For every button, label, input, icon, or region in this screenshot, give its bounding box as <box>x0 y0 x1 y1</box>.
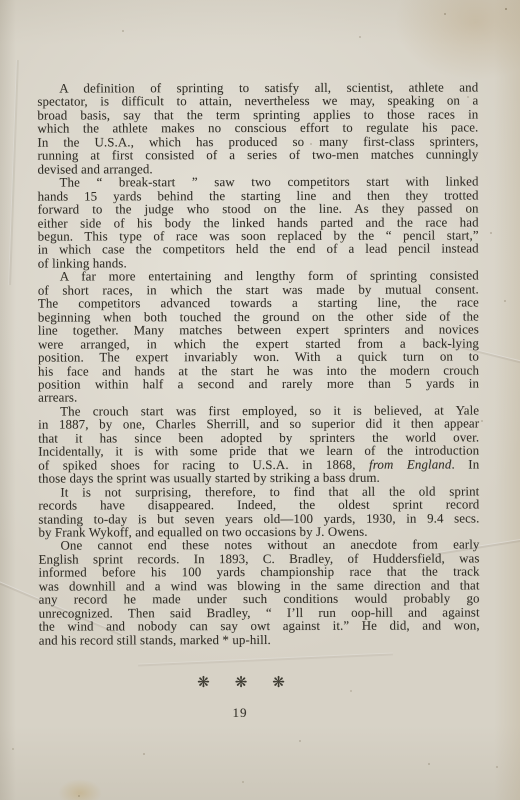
flower-icon: ❋ <box>235 673 248 691</box>
page-number: 19 <box>0 705 480 721</box>
paragraph: It is not surprising, therefore, to find… <box>38 485 479 540</box>
page-text: A definition of sprinting to satisfy all… <box>37 81 479 647</box>
text-line: position within half a second and rarely… <box>38 377 479 392</box>
book-page-photo: A definition of sprinting to satisfy all… <box>0 0 520 800</box>
text-line: and his record still stands, marked * up… <box>39 633 480 648</box>
paragraph: A far more entertaining and lengthy form… <box>38 270 479 406</box>
paper-specks <box>0 0 2 2</box>
flower-icon: ❋ <box>272 673 285 691</box>
ornament-divider: ❋ ❋ ❋ <box>0 673 482 691</box>
paragraph: A definition of sprinting to satisfy all… <box>37 81 478 176</box>
paper-stain <box>58 779 102 800</box>
text-line: running at first consisted of a series o… <box>37 149 478 164</box>
flower-icon: ❋ <box>197 673 210 691</box>
paper-stain <box>395 0 520 80</box>
paragraph: The crouch start was first employed, so … <box>38 404 479 486</box>
paragraph: One cannot end these notes without an an… <box>38 539 479 648</box>
paper-crease <box>8 60 19 285</box>
paper-crease <box>138 652 393 666</box>
paragraph: The “ break-start ” saw two competitors … <box>38 176 479 271</box>
text-line: in which case the competitors held the e… <box>38 243 479 258</box>
